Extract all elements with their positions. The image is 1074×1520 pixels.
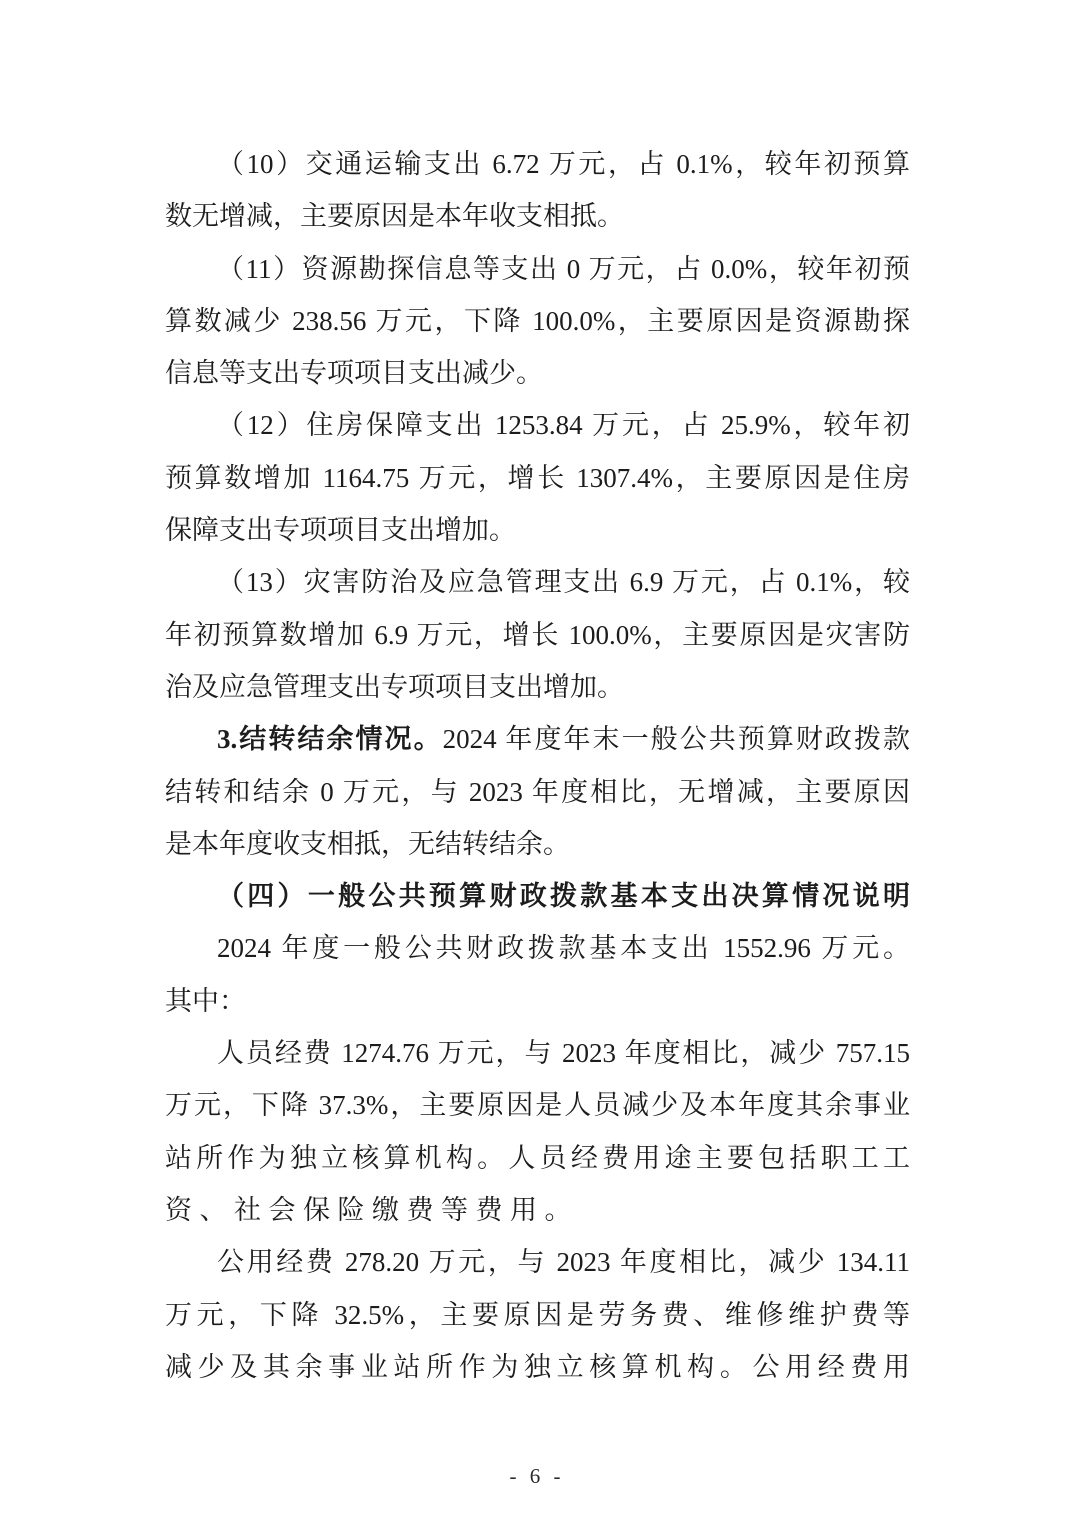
text-line: 减少及其余事业站所作为独立核算机构。公用经费用 (165, 1341, 910, 1393)
text-line: （四）一般公共预算财政拨款基本支出决算情况说明 (165, 870, 910, 922)
page-number: - 6 - (510, 1464, 565, 1488)
text-line: 站所作为独立核算机构。人员经费用途主要包括职工工 (165, 1132, 910, 1184)
text-line: 是本年度收支相抵，无结转结余。 (165, 818, 910, 870)
text-line: 治及应急管理支出专项项目支出增加。 (165, 661, 910, 713)
text-line: 其中： (165, 975, 910, 1027)
text-line: 3.结转结余情况。2024 年度年末一般公共预算财政拨款 (165, 713, 910, 765)
text-line: 2024 年度一般公共财政拨款基本支出 1552.96 万元。 (165, 922, 910, 974)
text-line: （10）交通运输支出 6.72 万元，占 0.1%，较年初预算 (165, 138, 910, 190)
text-line: 万元，下降 37.3%，主要原因是人员减少及本年度其余事业 (165, 1079, 910, 1131)
footer: - 6 - (0, 1464, 1074, 1489)
text-line: （11）资源勘探信息等支出 0 万元，占 0.0%，较年初预 (165, 243, 910, 295)
text-line: 算数减少 238.56 万元，下降 100.0%，主要原因是资源勘探 (165, 295, 910, 347)
text-line: 数无增减，主要原因是本年收支相抵。 (165, 190, 910, 242)
text-line: 人员经费 1274.76 万元，与 2023 年度相比，减少 757.15 (165, 1027, 910, 1079)
document-page: （10）交通运输支出 6.72 万元，占 0.1%，较年初预算数无增减，主要原因… (0, 0, 1074, 1520)
text-line: 保障支出专项项目支出增加。 (165, 504, 910, 556)
text-line: 公用经费 278.20 万元，与 2023 年度相比，减少 134.11 (165, 1236, 910, 1288)
bold-run: 3.结转结余情况。 (217, 724, 443, 754)
text-line: （13）灾害防治及应急管理支出 6.9 万元，占 0.1%，较 (165, 556, 910, 608)
text-line: 年初预算数增加 6.9 万元，增长 100.0%，主要原因是灾害防 (165, 609, 910, 661)
text-line: 万元，下降 32.5%，主要原因是劳务费、维修维护费等 (165, 1289, 910, 1341)
text-line: 资、社会保险缴费等费用。 (165, 1184, 910, 1236)
text-line: 预算数增加 1164.75 万元，增长 1307.4%，主要原因是住房 (165, 452, 910, 504)
document-body: （10）交通运输支出 6.72 万元，占 0.1%，较年初预算数无增减，主要原因… (165, 138, 910, 1393)
text-line: 结转和结余 0 万元，与 2023 年度相比，无增减，主要原因 (165, 766, 910, 818)
text-line: 信息等支出专项项目支出减少。 (165, 347, 910, 399)
text-line: （12）住房保障支出 1253.84 万元，占 25.9%，较年初 (165, 399, 910, 451)
